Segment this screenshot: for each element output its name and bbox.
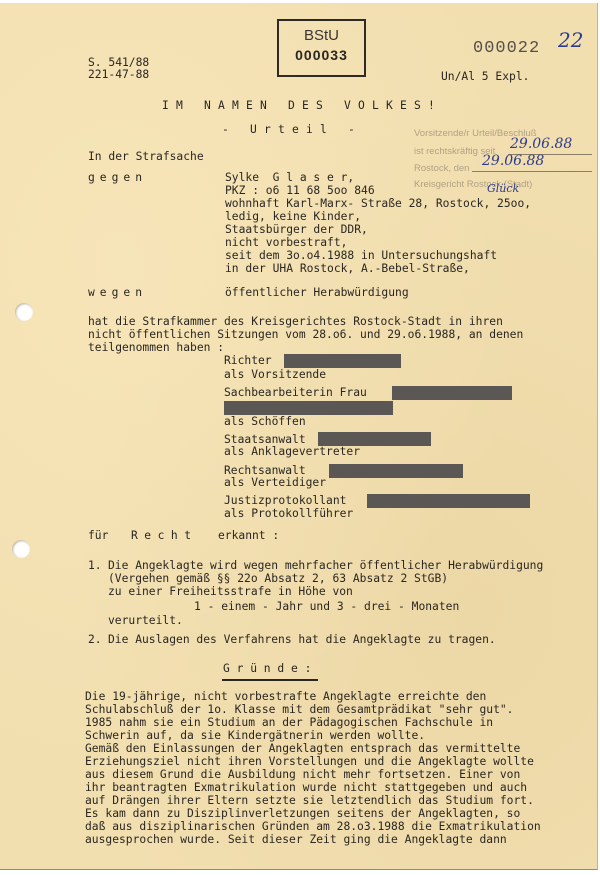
reasons-line: aus diesem Grund die Ausbildung nicht me…: [85, 769, 520, 781]
archive-stamp: BStU 000033: [277, 19, 366, 77]
verdict-intro-recht: Recht: [131, 530, 198, 542]
redaction-clerk-name: [367, 494, 530, 508]
defendant-citizenship: Staatsbürger der DDR,: [225, 224, 368, 236]
participant-lay-judge-role: als Schöffen: [224, 416, 306, 428]
redaction-defense-name: [329, 464, 463, 478]
ruling-1-line-1: Die Angeklagte wird wegen mehrfacher öff…: [108, 560, 543, 572]
participant-prosecutor-role: als Anklagevertreter: [224, 446, 360, 458]
certification-line-3-label: Rostock, den: [414, 163, 469, 175]
reasons-line: auf Drängen ihrer Eltern setzte sie letz…: [85, 795, 534, 807]
ruling-1-closing: verurteilt.: [108, 615, 183, 627]
certification-date-place: 29.06.88: [482, 155, 544, 167]
reasons-line: Es kam dann zu Disziplinverletzungen sei…: [85, 808, 520, 820]
copies-note: Un/Al 5 Expl.: [441, 71, 529, 83]
ruling-1-line-2: (Vergehen gemäß §§ 22o Absatz 2, 63 Absa…: [108, 573, 448, 585]
redaction-lay-judge-name-2: [224, 401, 393, 415]
archive-stamp-number: 000033: [279, 47, 364, 63]
participant-clerk-role: als Protokollführer: [224, 508, 353, 520]
participant-defense-role: als Verteidiger: [224, 477, 326, 489]
verdict-intro-fuer: für: [88, 530, 108, 542]
verdict-intro-erkannt: erkannt :: [218, 530, 279, 542]
heading-im-namen-des-volkes: IM NAMEN DES VOLKES!: [162, 100, 442, 112]
punch-hole-top: [15, 303, 33, 321]
redaction-prosecutor-name: [318, 432, 431, 446]
ruling-2-number: 2.: [88, 634, 102, 646]
defendant-record: nicht vorbestraft,: [225, 237, 347, 249]
because-label: wegen: [88, 287, 147, 299]
reasons-line: ihr beantragten Exmatrikulation wurde ni…: [85, 782, 527, 794]
offense: öffentlicher Herabwürdigung: [225, 287, 409, 299]
defendant-family-status: ledig, keine Kinder,: [225, 211, 361, 223]
file-ref-2: 221-47-88: [88, 69, 149, 81]
reasons-line: Gemäß den Einlassungen der Angeklagten e…: [85, 743, 520, 755]
court-intro-line-1: hat die Strafkammer des Kreisgerichtes R…: [88, 316, 503, 328]
reasons-line: Schulabschluß der 1o. Klasse mit dem Ges…: [85, 704, 513, 716]
punch-hole-bottom: [12, 540, 30, 558]
certification-signature: Glück: [487, 183, 519, 195]
ruling-1-sentence: 1 - einem - Jahr und 3 - drei - Monaten: [194, 601, 459, 613]
reasons-line: Erziehungsziel nicht ihren Vorstellungen…: [85, 756, 534, 768]
ruling-1-line-3: zu einer Freiheitsstrafe in Höhe von: [108, 586, 353, 598]
ruling-1-number: 1.: [88, 560, 102, 572]
ruling-2-line-1: Die Auslagen des Verfahrens hat die Ange…: [108, 634, 496, 646]
participant-judge-role: als Vorsitzende: [224, 369, 326, 381]
defendant-address: wohnhaft Karl-Marx- Straße 28, Rostock, …: [225, 198, 531, 210]
court-intro-line-2: nicht öffentlichen Sitzungen vom 28.o6. …: [88, 329, 523, 341]
defendant-custody-date: seit dem 3o.o4.1988 in Untersuchungshaft: [225, 250, 497, 262]
reasons-heading-underline: [222, 679, 318, 681]
page-number-stamp: 000022: [473, 43, 540, 55]
court-intro-line-3: teilgenommen haben :: [88, 342, 224, 354]
case-intro: In der Strafsache: [88, 151, 204, 163]
defendant-name: Sylke G l a s e r,: [225, 172, 354, 184]
redaction-judge-name: [284, 354, 401, 368]
certification-date-legal-force: 29.06.88: [510, 138, 572, 150]
redaction-lay-judge-name-1: [392, 386, 512, 400]
certification-line-3-underline: [472, 171, 592, 172]
against-label: gegen: [88, 172, 147, 184]
reasons-line: Die 19-jährige, nicht vorbestrafte Angek…: [85, 691, 486, 703]
handwritten-page-number: 22: [558, 29, 583, 51]
reasons-line: Schwerin auf, da sie Kindergätnerin werd…: [85, 730, 425, 742]
reasons-line: ausgesprochen wurde. Seit dieser Zeit gi…: [85, 834, 507, 846]
subheading-urteil: - Urteil -: [222, 124, 362, 136]
participant-judge-title: Richter: [224, 355, 272, 367]
defendant-custody-place: in der UHA Rostock, A.-Bebel-Straße,: [225, 263, 470, 275]
defendant-pkz: PKZ : o6 11 68 5oo 846: [225, 185, 375, 197]
archive-stamp-label: BStU: [279, 28, 364, 44]
reasons-heading: Gründe:: [223, 663, 318, 675]
participant-lay-judge-title: Sachbearbeiterin Frau: [224, 387, 367, 399]
reasons-line: 1985 nahm sie ein Studium an der Pädagog…: [85, 717, 493, 729]
participant-clerk-title: Justizprotokollant: [224, 495, 346, 507]
document-page: BStU 000033 S. 541/88 221-47-88 000022 2…: [0, 3, 598, 870]
reasons-line: daß aus disziplinarischen Gründen am 28.…: [85, 821, 541, 833]
